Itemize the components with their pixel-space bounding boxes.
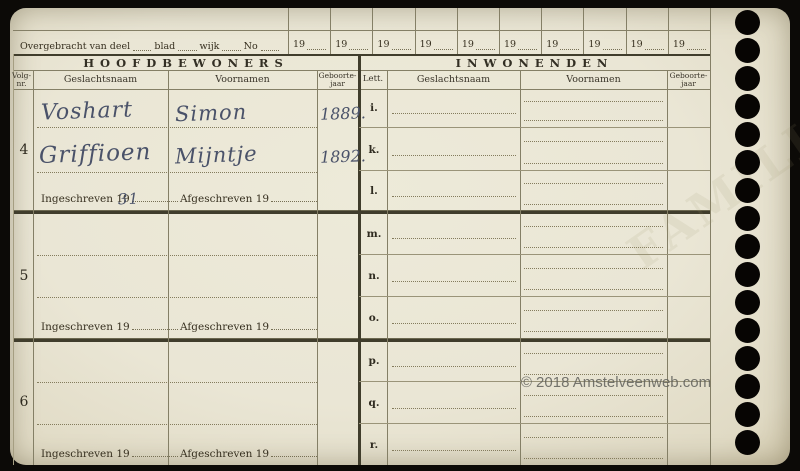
column-header-geslachtsnaam-right: Geslachtsnaam (387, 74, 520, 85)
blank-cell (583, 8, 625, 30)
scan-background: Overgebracht van deel blad wijk No 19 19… (0, 0, 800, 471)
column-header-geboortejaar-line2: jaar (667, 80, 710, 88)
section-title-inwonenden: INWONENDEN (359, 56, 710, 70)
dotted-blank (133, 42, 151, 51)
letter-label: q. (363, 397, 385, 409)
year-cell: 19 (457, 31, 499, 54)
writing-line (524, 163, 663, 164)
inwonenden-row-l: l. (359, 170, 710, 211)
writing-line (524, 395, 663, 396)
letter-label: p. (363, 355, 385, 367)
year-cell: 19 (288, 31, 330, 54)
year-cell: 19 (330, 31, 372, 54)
letter-label: i. (363, 102, 385, 114)
writing-line (37, 424, 317, 425)
section-title-hoofdbewoners: HOOFDBEWONERS (13, 56, 359, 70)
year-prefix: 19 (504, 39, 516, 50)
year-prefix: 19 (588, 39, 600, 50)
writing-line (524, 120, 663, 121)
column-header-geboortejaar-left: Geboorte- jaar (317, 72, 358, 89)
writing-line (524, 458, 663, 459)
year-prefix: 19 (335, 39, 347, 50)
year-cell: 19 (372, 31, 414, 54)
year-prefix: 19 (462, 39, 474, 50)
writing-line (524, 183, 663, 184)
writing-line (524, 289, 663, 290)
punch-hole (735, 234, 760, 259)
handwritten-surname: Griffioen (39, 139, 152, 169)
year-cell: 19 (415, 31, 457, 54)
writing-line (37, 172, 317, 173)
blank-cell (626, 8, 668, 30)
letter-label: r. (363, 439, 385, 451)
hoofdbewoners-row-6: 6 Ingeschreven 19 Afgeschreven 19 (13, 341, 359, 463)
letter-label: n. (363, 270, 385, 282)
blank-cell (668, 8, 710, 30)
ingeschreven-label: Ingeschreven 19 (41, 447, 178, 460)
writing-line (392, 281, 516, 282)
punch-hole (735, 66, 760, 91)
row-number: 6 (13, 394, 35, 410)
ingeschreven-label: Ingeschreven 19 (41, 192, 178, 205)
column-header-geslachtsnaam-left: Geslachtsnaam (33, 74, 168, 85)
dotted-blank (222, 42, 240, 51)
row-number: 4 (13, 142, 35, 158)
punch-hole (735, 206, 760, 231)
dotted-blank (518, 41, 537, 50)
writing-line (37, 127, 317, 128)
afgeschreven-label: Afgeschreven 19 (180, 192, 317, 205)
dotted-blank (434, 41, 453, 50)
writing-line (392, 408, 516, 409)
dotted-blank (271, 192, 317, 202)
writing-line (392, 238, 516, 239)
dotted-blank (307, 41, 326, 50)
writing-line (524, 310, 663, 311)
writing-line (392, 113, 516, 114)
punch-hole (735, 318, 760, 343)
punch-hole (735, 178, 760, 203)
top-blank-cells (288, 8, 710, 30)
punch-hole (735, 38, 760, 63)
afgeschreven-label: Afgeschreven 19 (180, 447, 317, 460)
year-prefix: 19 (546, 39, 558, 50)
writing-line (524, 437, 663, 438)
table-line (13, 70, 710, 71)
punch-hole (735, 94, 760, 119)
column-header-geboortejaar-right: Geboorte- jaar (667, 72, 710, 89)
letter-label: l. (363, 185, 385, 197)
handwritten-firstname: Mijntje (175, 142, 258, 169)
dotted-blank (178, 42, 196, 51)
blank-cell (415, 8, 457, 30)
inwonenden-row-k: k. (359, 127, 710, 171)
year-cell: 19 (583, 31, 625, 54)
afgeschreven-text: Afgeschreven 19 (180, 448, 269, 460)
transfer-label: Overgebracht van deel (20, 41, 130, 52)
writing-line (524, 416, 663, 417)
hoofdbewoners-row-4: 4 Voshart Simon 1889. Griffioen Mijntje … (13, 89, 359, 210)
year-prefix: 19 (293, 39, 305, 50)
letter-label: o. (363, 312, 385, 324)
writing-line (524, 204, 663, 205)
writing-line (37, 255, 317, 256)
column-header-volgnr-line2: nr. (10, 80, 33, 88)
dotted-blank (645, 41, 664, 50)
ingeschreven-text: Ingeschreven 19 (41, 193, 130, 205)
punch-hole (735, 10, 760, 35)
ingeschreven-label: Ingeschreven 19 (41, 320, 178, 333)
writing-line (524, 101, 663, 102)
ingeschreven-text: Ingeschreven 19 (41, 448, 130, 460)
year-prefix: 19 (377, 39, 389, 50)
column-header-geboortejaar-line2: jaar (317, 80, 358, 88)
punch-hole (735, 346, 760, 371)
inwonenden-row-i: i. (359, 89, 710, 127)
year-cell: 19 (499, 31, 541, 54)
punch-hole (735, 402, 760, 427)
dotted-blank (560, 41, 579, 50)
letter-label: m. (363, 228, 385, 240)
writing-line (392, 450, 516, 451)
blank-cell (330, 8, 372, 30)
row-number: 5 (13, 268, 35, 284)
inwonenden-row-r: r. (359, 423, 710, 466)
year-prefix: 19 (673, 39, 685, 50)
dotted-blank (603, 41, 622, 50)
punch-hole (735, 150, 760, 175)
dotted-blank (349, 41, 368, 50)
blank-cell (457, 8, 499, 30)
year-cell: 19 (541, 31, 583, 54)
watermark-copyright: © 2018 Amstelveenweb.com (516, 374, 716, 391)
writing-line (392, 196, 516, 197)
dotted-blank (132, 320, 178, 330)
writing-line (392, 366, 516, 367)
letter-label: k. (363, 144, 385, 156)
year-cells: 19 19 19 19 19 19 19 19 19 19 (288, 31, 710, 54)
transfer-row: Overgebracht van deel blad wijk No (20, 35, 282, 52)
blank-cell (288, 8, 330, 30)
transfer-label: blad (154, 41, 175, 52)
afgeschreven-text: Afgeschreven 19 (180, 321, 269, 333)
punch-hole (735, 290, 760, 315)
blank-cell (541, 8, 583, 30)
afgeschreven-label: Afgeschreven 19 (180, 320, 317, 333)
hoofdbewoners-row-5: 5 Ingeschreven 19 Afgeschreven 19 (13, 213, 359, 338)
dotted-blank (271, 320, 317, 330)
dotted-blank (271, 447, 317, 457)
register-card: Overgebracht van deel blad wijk No 19 19… (10, 8, 790, 465)
inwonenden-row-o: o. (359, 296, 710, 339)
writing-line (524, 141, 663, 142)
dotted-blank (392, 41, 411, 50)
column-header-volgnr: Volg- nr. (10, 72, 33, 89)
punch-hole (735, 262, 760, 287)
column-header-lett: Lett. (359, 74, 387, 84)
writing-line (524, 331, 663, 332)
blank-cell (372, 8, 414, 30)
dotted-blank (261, 42, 279, 51)
handwritten-surname: Voshart (41, 97, 134, 125)
writing-line (392, 323, 516, 324)
column-header-voornamen-left: Voornamen (168, 74, 317, 85)
writing-line (37, 382, 317, 383)
punch-hole (735, 374, 760, 399)
column-header-voornamen-right: Voornamen (520, 74, 667, 85)
transfer-label: No (244, 41, 258, 52)
handwritten-ingeschreven-year: 31 (118, 190, 140, 209)
punch-hole (735, 430, 760, 455)
writing-line (524, 353, 663, 354)
ingeschreven-text: Ingeschreven 19 (41, 321, 130, 333)
blank-cell (499, 8, 541, 30)
table-line (13, 30, 710, 31)
handwritten-firstname: Simon (175, 100, 248, 127)
transfer-label: wijk (200, 41, 220, 52)
year-cell: 19 (626, 31, 668, 54)
dotted-blank (476, 41, 495, 50)
dotted-blank (687, 41, 706, 50)
afgeschreven-text: Afgeschreven 19 (180, 193, 269, 205)
dotted-blank (132, 447, 178, 457)
writing-line (392, 155, 516, 156)
punch-hole (735, 122, 760, 147)
year-cell: 19 (668, 31, 710, 54)
year-prefix: 19 (631, 39, 643, 50)
writing-line (37, 297, 317, 298)
year-prefix: 19 (420, 39, 432, 50)
